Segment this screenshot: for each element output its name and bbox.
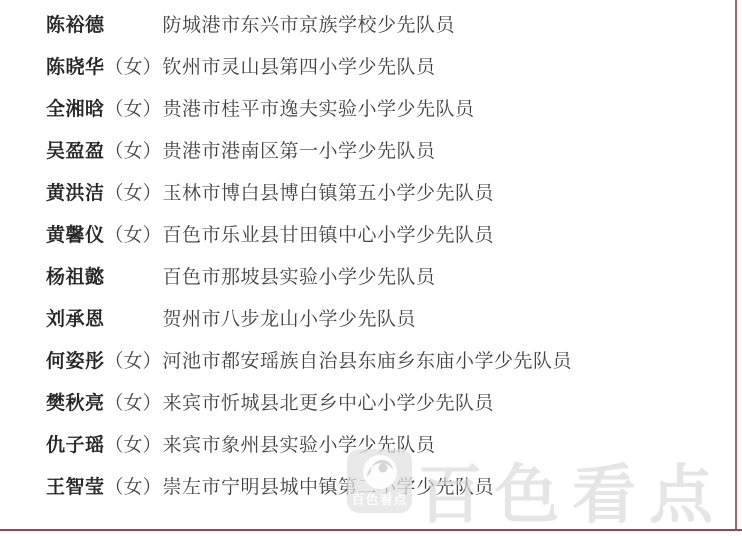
list-item: 杨祖懿 百色市那坡县实验小学少先队员	[46, 254, 742, 296]
pioneer-affiliation: 来宾市忻城县北更乡中心小学少先队员	[163, 388, 495, 415]
pioneer-affiliation: 玉林市博白县博白镇第五小学少先队员	[163, 178, 495, 205]
list-item: 陈晓华 （女） 钦州市灵山县第四小学少先队员	[46, 44, 742, 86]
gender-mark: （女）	[105, 346, 163, 373]
list-item: 黄馨仪 （女） 百色市乐业县甘田镇中心小学少先队员	[46, 212, 742, 254]
list-item: 刘承恩 贺州市八步龙山小学少先队员	[46, 296, 742, 338]
pioneer-affiliation: 贵港市桂平市逸夫实验小学少先队员	[163, 94, 475, 121]
pioneer-name: 陈裕德	[46, 10, 105, 37]
list-item: 全湘晗 （女） 贵港市桂平市逸夫实验小学少先队员	[46, 86, 742, 128]
pioneer-name: 仇子瑶	[46, 430, 105, 457]
pioneer-affiliation: 百色市那坡县实验小学少先队员	[163, 262, 436, 289]
pioneer-name: 全湘晗	[46, 94, 105, 121]
pioneer-affiliation: 来宾市象州县实验小学少先队员	[163, 430, 436, 457]
pioneer-name: 刘承恩	[46, 304, 105, 331]
list-item: 黄洪洁 （女） 玉林市博白县博白镇第五小学少先队员	[46, 170, 742, 212]
pioneer-name: 陈晓华	[46, 52, 105, 79]
article-page: 陈裕德 防城港市东兴市京族学校少先队员 陈晓华 （女） 钦州市灵山县第四小学少先…	[0, 0, 742, 537]
pioneer-name: 黄馨仪	[46, 220, 105, 247]
pioneer-affiliation: 河池市都安瑶族自治县东庙乡东庙小学少先队员	[163, 346, 573, 373]
pioneer-affiliation: 钦州市灵山县第四小学少先队员	[163, 52, 436, 79]
gender-mark: （女）	[105, 52, 163, 79]
pioneer-affiliation: 崇左市宁明县城中镇第二小学少先队员	[163, 472, 495, 499]
pioneer-list: 陈裕德 防城港市东兴市京族学校少先队员 陈晓华 （女） 钦州市灵山县第四小学少先…	[0, 2, 742, 506]
gender-mark: （女）	[105, 388, 163, 415]
gender-mark: （女）	[105, 178, 163, 205]
pioneer-name: 黄洪洁	[46, 178, 105, 205]
list-item: 吴盈盈 （女） 贵港市港南区第一小学少先队员	[46, 128, 742, 170]
gender-mark: （女）	[105, 220, 163, 247]
gender-mark: （女）	[105, 472, 163, 499]
list-item: 仇子瑶 （女） 来宾市象州县实验小学少先队员	[46, 422, 742, 464]
pioneer-name: 樊秋亮	[46, 388, 105, 415]
gender-mark: （女）	[105, 430, 163, 457]
page-right-border	[735, 0, 737, 531]
gender-mark: （女）	[105, 94, 163, 121]
pioneer-affiliation: 百色市乐业县甘田镇中心小学少先队员	[163, 220, 495, 247]
pioneer-affiliation: 贺州市八步龙山小学少先队员	[163, 304, 417, 331]
pioneer-name: 王智莹	[46, 472, 105, 499]
pioneer-name: 何姿彤	[46, 346, 105, 373]
list-item: 何姿彤 （女） 河池市都安瑶族自治县东庙乡东庙小学少先队员	[46, 338, 742, 380]
list-item: 陈裕德 防城港市东兴市京族学校少先队员	[46, 2, 742, 44]
page-bottom-border	[0, 529, 742, 531]
pioneer-name: 杨祖懿	[46, 262, 105, 289]
pioneer-affiliation: 贵港市港南区第一小学少先队员	[163, 136, 436, 163]
list-item: 樊秋亮 （女） 来宾市忻城县北更乡中心小学少先队员	[46, 380, 742, 422]
pioneer-affiliation: 防城港市东兴市京族学校少先队员	[163, 10, 456, 37]
list-item: 王智莹 （女） 崇左市宁明县城中镇第二小学少先队员	[46, 464, 742, 506]
gender-mark: （女）	[105, 136, 163, 163]
pioneer-name: 吴盈盈	[46, 136, 105, 163]
